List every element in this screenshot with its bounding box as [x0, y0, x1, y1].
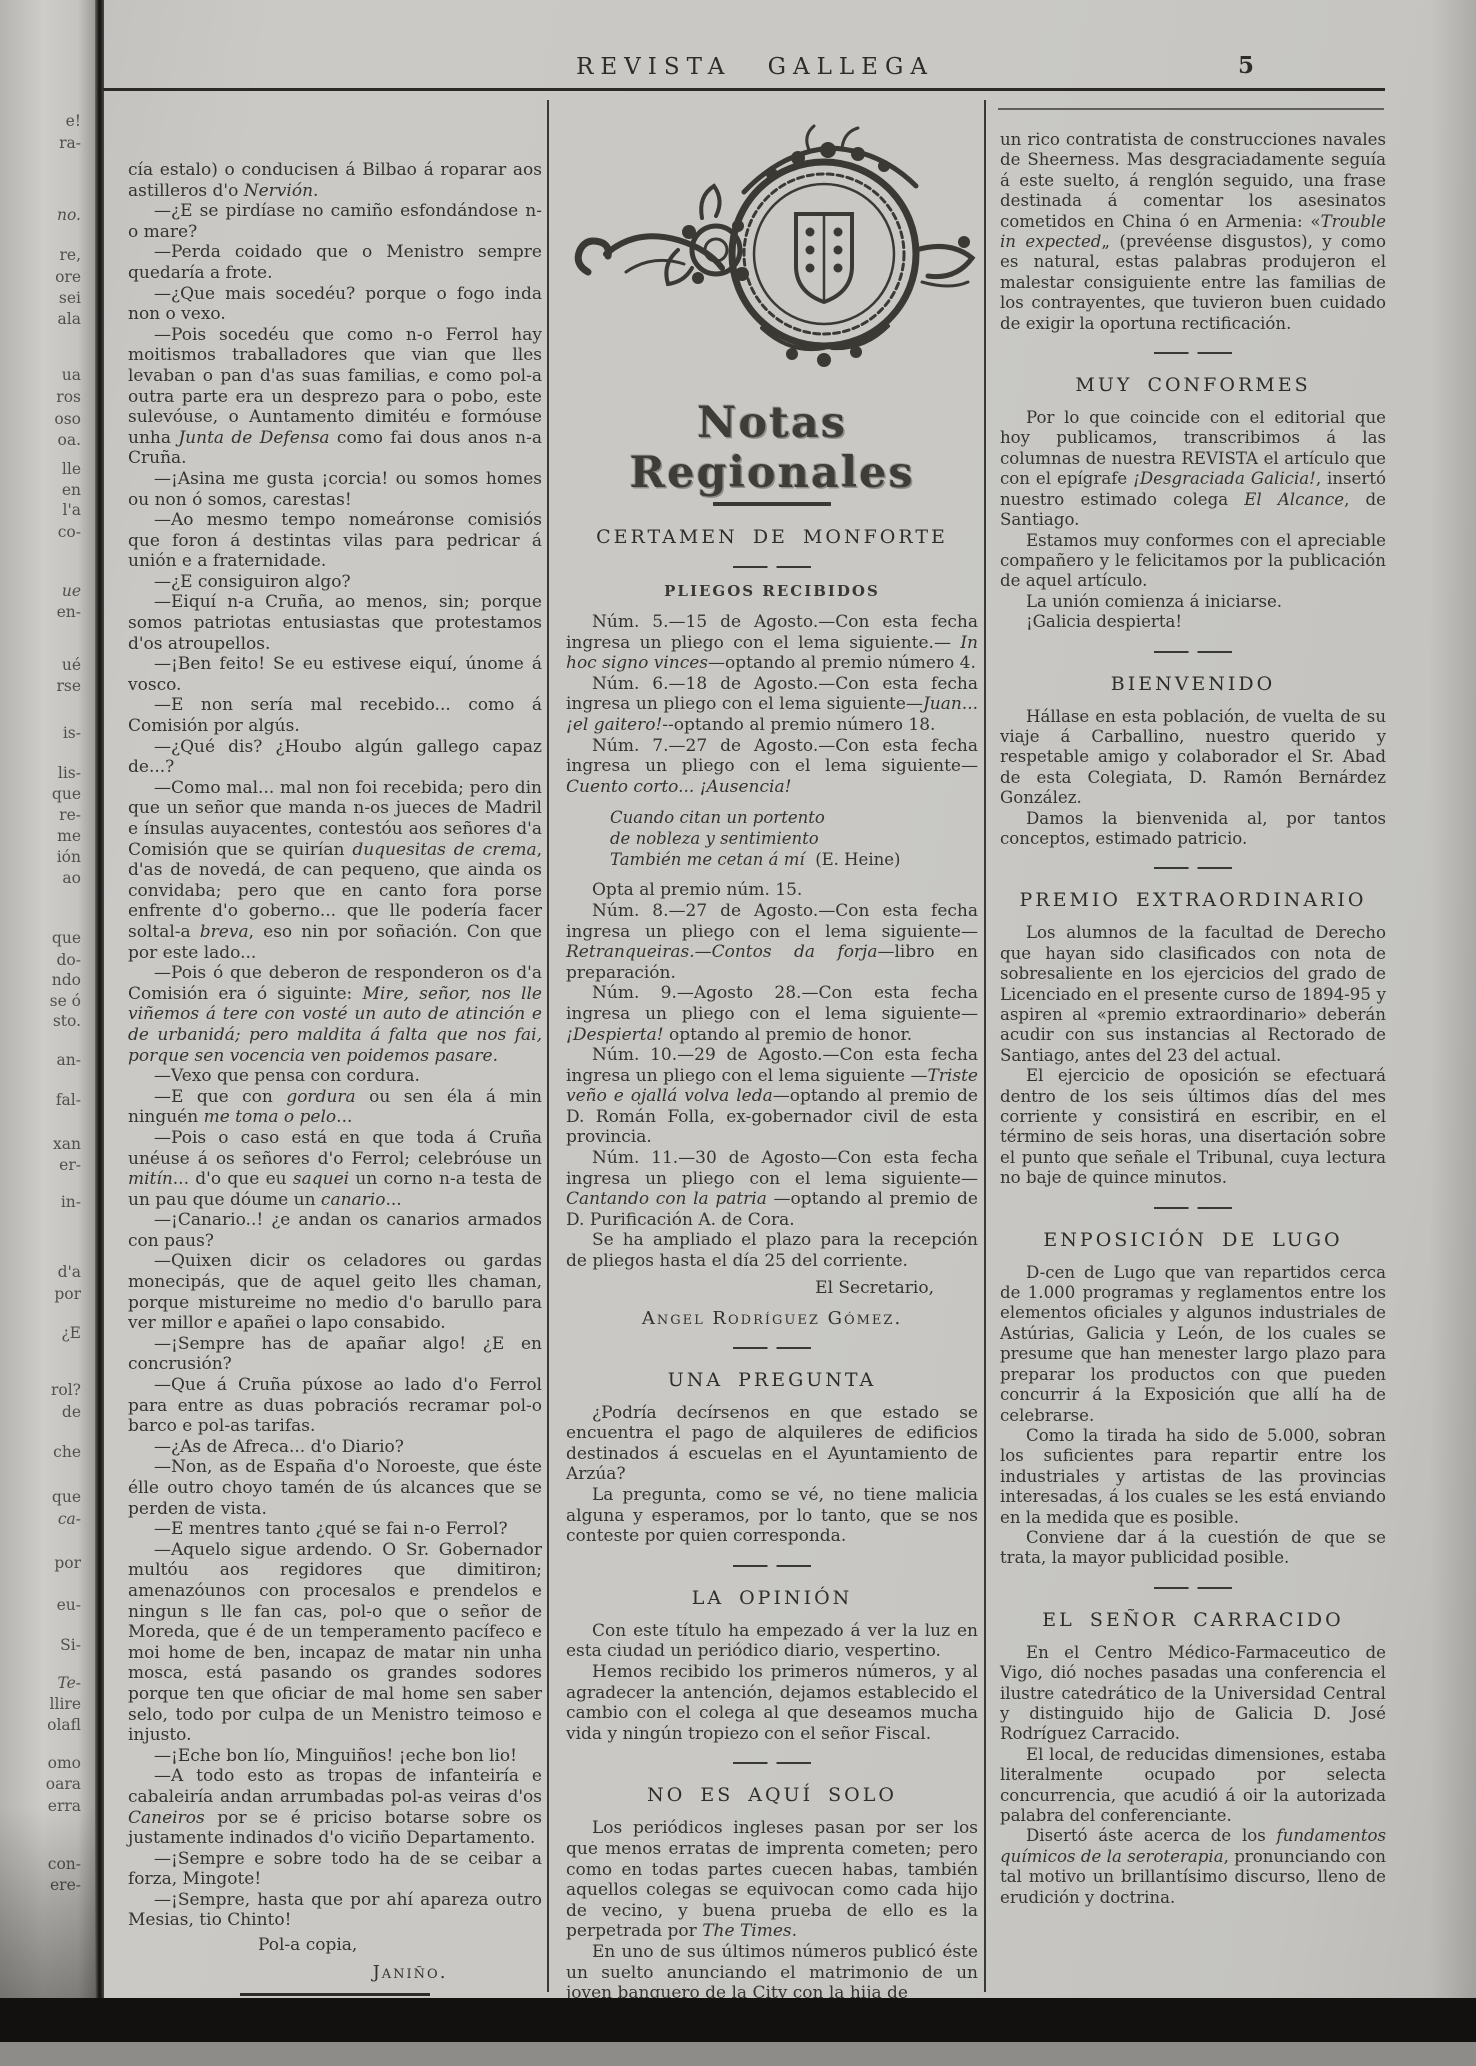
margin-fragment: de — [62, 1403, 81, 1421]
margin-fragment: se ó — [50, 992, 81, 1010]
margin-fragment: co- — [58, 523, 81, 541]
margin-fragment: oso — [54, 410, 81, 428]
margin-fragment: en — [62, 481, 81, 499]
adjacent-page-edge: e!ra-no.re,oreseialauarososooa.lleenl'ac… — [0, 0, 95, 2066]
paragraph: —¡Asina me gusta ¡corcia! ou somos homes… — [128, 469, 542, 510]
margin-fragment: ala — [58, 310, 81, 328]
paragraph: Hemos recibido los primeros números, y a… — [566, 1662, 978, 1744]
paragraph: ¡Galicia despierta! — [1000, 612, 1386, 632]
paragraph: —¡Eche bon lío, Minguiños! ¡eche bon lio… — [128, 1746, 542, 1767]
attribution-line: El Secretario, — [566, 1278, 934, 1298]
margin-fragment: que — [52, 929, 81, 947]
binding-fold — [95, 0, 104, 2066]
paragraph: —¡Ben feito! Se eu estivese eiquí, únome… — [128, 654, 542, 695]
margin-fragment: por — [54, 1285, 81, 1303]
section-separator — [1154, 1587, 1232, 1589]
margin-fragment: re- — [59, 806, 81, 824]
margin-fragment: que — [52, 1488, 81, 1506]
section-heading: LA OPINIÓN — [566, 1587, 978, 1609]
paragraph: En el Centro Médico-Farmaceutico de Vigo… — [1000, 1643, 1386, 1745]
section-separator — [1154, 867, 1232, 869]
paragraph: —¿Que mais socedéu? porque o fogo inda n… — [128, 284, 542, 325]
margin-fragment: ao — [62, 869, 81, 887]
margin-fragment: ue — [62, 582, 81, 600]
margin-fragment: Si- — [60, 1636, 81, 1654]
margin-fragment: re, — [59, 246, 81, 264]
paragraph: —E que con gordura ou sen éla á min ning… — [128, 1087, 542, 1128]
paragraph: Los periódicos ingleses pasan por ser lo… — [566, 1818, 978, 1942]
paragraph: —Ao mesmo tempo nomeáronse comisiós que … — [128, 510, 542, 572]
margin-fragment: lis- — [58, 764, 81, 782]
paragraph: un rico contratista de construcciones na… — [1000, 130, 1386, 334]
section-heading: BIENVENIDO — [1000, 673, 1386, 695]
margin-fragment: sto. — [53, 1012, 81, 1030]
margin-fragment: ca- — [58, 1510, 81, 1528]
section-heading: NO ES AQUÍ SOLO — [566, 1784, 978, 1806]
paragraph: Núm. 9.—Agosto 28.—Con esta fecha ingres… — [566, 983, 978, 1045]
margin-fragment: l'a — [63, 501, 81, 519]
masthead-rule — [713, 502, 831, 506]
section-heading: MUY CONFORMES — [1000, 374, 1386, 396]
paragraph: —Pois ó que deberon de responderon os d'… — [128, 963, 542, 1066]
paragraph: El ejercicio de oposición se efectuará d… — [1000, 1066, 1386, 1188]
paragraph: —¡Canario..! ¿e andan os canarios armado… — [128, 1210, 542, 1251]
subsection-heading: PLIEGOS RECIBIDOS — [566, 582, 978, 600]
margin-fragment: d'a — [58, 1263, 81, 1281]
paragraph: —¿E consiguiron algo? — [128, 572, 542, 593]
masthead-title: Notas Regionales — [566, 398, 978, 498]
paragraph: —Non, as de España d'o Noroeste, que ést… — [128, 1457, 542, 1519]
section-heading: UNA PREGUNTA — [566, 1369, 978, 1391]
margin-fragment: ra- — [59, 134, 81, 152]
signature: Angel Rodríguez Gómez. — [566, 1308, 978, 1329]
paragraph: Núm. 11.—30 de Agosto—Con esta fecha ing… — [566, 1148, 978, 1230]
paragraph: Núm. 6.—18 de Agosto.—Con esta fecha ing… — [566, 674, 978, 736]
margin-fragment: no. — [57, 206, 81, 224]
margin-fragment: me — [57, 827, 81, 845]
header-rule — [103, 88, 1385, 91]
margin-fragment: llire — [50, 1695, 81, 1713]
column-divider — [547, 100, 549, 1992]
paragraph: Núm. 7.—27 de Agosto.—Con esta fecha ing… — [566, 736, 978, 798]
paragraph: —¡Sempre, hasta que por ahí apareza outr… — [128, 1890, 542, 1931]
margin-fragment: en- — [57, 603, 81, 621]
scan-bottom-margin — [0, 2042, 1476, 2066]
byline: Pol-a copia, — [258, 1935, 542, 1956]
margin-fragment: rol? — [51, 1381, 81, 1399]
margin-fragment: xan — [53, 1135, 81, 1153]
masthead-vignette — [566, 122, 978, 380]
margin-fragment: lle — [62, 460, 81, 478]
paragraph: La unión comienza á iniciarse. — [1000, 592, 1386, 612]
paragraph: —Pois socedéu que como n-o Ferrol hay mo… — [128, 325, 542, 469]
margin-fragment: por — [54, 1554, 81, 1572]
paragraph: Como la tirada ha sido de 5.000, sobran … — [1000, 1426, 1386, 1528]
margin-fragment: que — [52, 785, 81, 803]
margin-fragment: e! — [66, 112, 81, 130]
margin-fragment: rse — [56, 677, 81, 695]
paragraph: Conviene dar á la cuestión de que se tra… — [1000, 1528, 1386, 1569]
margin-fragment: che — [53, 1443, 81, 1461]
margin-fragment: eu- — [57, 1596, 81, 1614]
paragraph: —Pois o caso está en que toda á Cruña un… — [128, 1128, 542, 1210]
section-separator — [733, 1762, 811, 1764]
section-separator — [733, 1347, 811, 1349]
margin-fragment: fal- — [56, 1091, 81, 1109]
paragraph: Con este título ha empezado á ver la luz… — [566, 1621, 978, 1662]
section-heading: CERTAMEN DE MONFORTE — [566, 526, 978, 548]
section-separator — [1154, 651, 1232, 653]
section-separator — [1154, 1207, 1232, 1209]
margin-fragment: an- — [57, 1051, 81, 1069]
paragraph: —¡Sempre e sobre todo ha de se ceibar a … — [128, 1849, 542, 1890]
paragraph: Estamos muy conformes con el apreciable … — [1000, 531, 1386, 592]
center-column-text: Notas RegionalesCERTAMEN DE MONFORTEPLIE… — [566, 398, 978, 2004]
paragraph: El local, de reducidas dimensiones, esta… — [1000, 1745, 1386, 1827]
section-separator — [1154, 352, 1232, 354]
paragraph: —E mentres tanto ¿qué se fai n-o Ferrol? — [128, 1519, 542, 1540]
paragraph: —¡Sempre has de apañar algo! ¿E en concr… — [128, 1334, 542, 1375]
column-divider — [984, 100, 986, 1992]
newspaper-page: e!ra-no.re,oreseialauarososooa.lleenl'ac… — [0, 0, 1476, 2066]
publication-title: REVISTA GALLEGA — [455, 54, 1055, 80]
margin-fragment: do- — [57, 951, 82, 969]
paragraph: —Que á Cruña púxose ao lado d'o Ferrol p… — [128, 1375, 542, 1437]
margin-fragment: in- — [61, 1193, 81, 1211]
paragraph: Damos la bienvenida al, por tantos conce… — [1000, 809, 1386, 850]
paragraph: ¿Podría decírsenos en que estado se encu… — [566, 1403, 978, 1485]
paragraph: Opta al premio núm. 15. — [566, 880, 978, 901]
paragraph: Por lo que coincide con el editorial que… — [1000, 408, 1386, 530]
margin-fragment: ué — [62, 656, 81, 674]
margin-fragment: olafl — [47, 1716, 81, 1734]
paragraph: —Vexo que pensa con cordura. — [128, 1066, 542, 1087]
margin-fragment: ua — [62, 366, 81, 384]
margin-fragment: ere- — [50, 1876, 81, 1894]
paragraph: —¿As de Afreca... d'o Diario? — [128, 1437, 542, 1458]
margin-fragment: ore — [55, 268, 81, 286]
paragraph: —Quixen dicir os celadores ou gardas mon… — [128, 1251, 542, 1333]
margin-fragment: oa. — [58, 431, 82, 449]
paragraph: Núm. 10.—29 de Agosto.—Con esta fecha in… — [566, 1045, 978, 1148]
scan-bottom-band — [0, 1998, 1476, 2042]
margin-fragment: ¿E — [61, 1324, 81, 1342]
paragraph: —Perda coidado que o Menistro sempre que… — [128, 242, 542, 283]
margin-fragment: erra — [48, 1797, 81, 1815]
margin-fragment: sei — [59, 289, 81, 307]
margin-fragment: ros — [56, 388, 81, 406]
margin-fragment: Te- — [57, 1674, 81, 1692]
poem-block: Cuando citan un portentode nobleza y sen… — [610, 807, 978, 870]
paragraph: —Aquelo sigue ardendo. O Sr. Gobernador … — [128, 1540, 542, 1746]
margin-fragment: omo — [48, 1754, 81, 1772]
left-column: cía estalo) o conducisen á Bilbao á ropa… — [128, 160, 542, 2000]
margin-fragment: er- — [59, 1156, 81, 1174]
page-number: 5 — [1238, 52, 1254, 79]
paragraph: Se ha ampliado el plazo para la recepció… — [566, 1230, 978, 1271]
paragraph: —E non sería mal recebido... como á Comi… — [128, 695, 542, 736]
paragraph: cía estalo) o conducisen á Bilbao á ropa… — [128, 160, 542, 201]
paragraph: —Como mal... mal non foi recebida; pero … — [128, 778, 542, 963]
paragraph: D-cen de Lugo que van repartidos cerca d… — [1000, 1263, 1386, 1426]
paragraph: —¿Qué dis? ¿Houbo algún gallego capaz de… — [128, 737, 542, 778]
right-column: un rico contratista de construcciones na… — [1000, 130, 1386, 1908]
margin-fragment: ndo — [52, 971, 81, 989]
paragraph: Disertó áste acerca de los fundamentos q… — [1000, 1826, 1386, 1908]
margin-fragment: oara — [46, 1775, 81, 1793]
paragraph: Hállase en esta población, de vuelta de … — [1000, 707, 1386, 809]
paragraph: —¿E se pirdíase no camiño esfondándose n… — [128, 201, 542, 242]
scan-edge-shade — [1430, 0, 1476, 2066]
right-column-top-rule — [998, 108, 1384, 110]
paragraph: En uno de sus últimos números publicó és… — [566, 1942, 978, 2004]
section-separator — [733, 566, 811, 568]
signature: Janiño. — [278, 1962, 542, 1983]
section-heading: ENPOSICIÓN DE LUGO — [1000, 1229, 1386, 1251]
section-separator — [733, 1565, 811, 1567]
paragraph: Los alumnos de la facultad de Derecho qu… — [1000, 923, 1386, 1066]
paragraph: Núm. 8.—27 de Agosto.—Con esta fecha ing… — [566, 901, 978, 983]
paragraph: —Eiquí n-a Cruña, ao menos, sin; porque … — [128, 592, 542, 654]
margin-fragment: ión — [57, 848, 81, 866]
paragraph: La pregunta, como se vé, no tiene malici… — [566, 1485, 978, 1547]
section-heading: PREMIO EXTRAORDINARIO — [1000, 889, 1386, 911]
margin-fragment: con- — [48, 1855, 81, 1873]
margin-fragment: is- — [63, 724, 81, 742]
paragraph: Núm. 5.—15 de Agosto.—Con esta fecha ing… — [566, 612, 978, 674]
paragraph: —A todo esto as tropas de infanteiría e … — [128, 1766, 542, 1848]
section-heading: EL SEÑOR CARRACIDO — [1000, 1609, 1386, 1631]
center-column: Notas RegionalesCERTAMEN DE MONFORTEPLIE… — [566, 122, 978, 2004]
